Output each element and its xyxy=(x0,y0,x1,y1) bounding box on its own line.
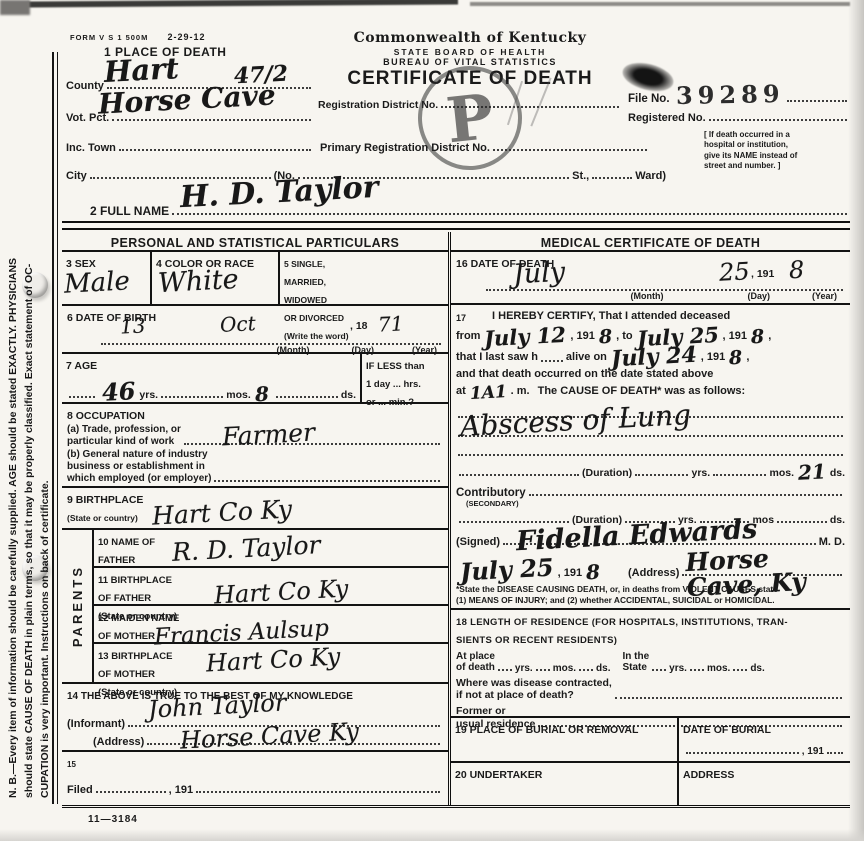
dotted-line xyxy=(787,98,847,102)
filed-year-label: , 191 xyxy=(169,784,193,796)
yrs-label: yrs. xyxy=(139,389,158,401)
sign-address-handwritten: Horse Cave, Ky xyxy=(685,542,846,600)
birthplace-handwritten: Hart Co Ky xyxy=(151,496,292,528)
age-field: 7 AGE 46 yrs. mos. 8 ds. xyxy=(62,354,360,402)
residence-label: 18 LENGTH OF RESIDENCE (FOR HOSPITALS, I… xyxy=(456,617,788,646)
dotted-line xyxy=(615,695,842,699)
attended-dates-line: from July 12 , 191 8 , to July 25 , 191 … xyxy=(456,326,845,344)
voting-precinct-field: Vot. Pct. Horse Cave xyxy=(66,112,314,124)
mother-birthplace-field: 13 BIRTHPLACE OF MOTHER (State or countr… xyxy=(94,644,448,682)
informant-label: (Informant) xyxy=(67,718,125,730)
contributory-label: Contributory xyxy=(456,487,526,499)
father-name-label: 10 NAME OF FATHER xyxy=(98,537,155,566)
to-label: , to xyxy=(616,329,633,344)
mos-label: mos. xyxy=(226,389,251,401)
scan-edge-bottom xyxy=(0,829,864,841)
undertaker-address-field: ADDRESS xyxy=(677,763,850,805)
sex-field: 3 SEX Male xyxy=(62,252,150,304)
dob-day-handwritten: 13 xyxy=(119,315,145,336)
year-sublabel: (Year) xyxy=(812,291,837,301)
age-years-handwritten: 46 xyxy=(101,379,136,405)
state-mos-label: mos. xyxy=(707,663,730,674)
scanned-death-certificate: N. B.—Every item of information should b… xyxy=(0,0,864,841)
margin-rule xyxy=(52,52,58,804)
sign-date-year-handwritten: 8 xyxy=(586,562,601,583)
date-of-birth-field: 6 DATE OF BIRTH 13 Oct , 18 71 (Month) (… xyxy=(62,306,448,354)
place-of-burial-label: 19 PLACE OF BURIAL OR REMOVAL xyxy=(455,724,638,736)
duration-label: (Duration) xyxy=(582,467,632,479)
date-of-burial-label: DATE OF BURIAL xyxy=(683,724,771,736)
age-label: 7 AGE xyxy=(66,360,97,372)
sign-date-handwritten: July 25 xyxy=(459,555,554,584)
duration-line: (Duration) yrs. mos. 21 ds. xyxy=(456,462,845,479)
dotted-line xyxy=(459,472,579,476)
occupation-label: 8 OCCUPATION xyxy=(67,410,145,422)
date-of-death-field: 16 DATE OF DEATH July 25 , 191 8 (Month)… xyxy=(451,252,850,305)
county-value-handwritten: Hart xyxy=(103,54,179,87)
signed-label: (Signed) xyxy=(456,536,500,548)
father-name-handwritten: R. D. Taylor xyxy=(171,532,321,565)
year-printed: , 191 xyxy=(570,329,594,344)
dob-year-printed: , 18 xyxy=(350,320,368,332)
form-code: FORM V S 1 500M 2-29-12 xyxy=(70,32,205,42)
file-no-field: File No. 39289 xyxy=(628,80,850,105)
dob-month-handwritten: Oct xyxy=(220,313,257,335)
sign-address-label: (Address) xyxy=(628,567,679,579)
dod-year-handwritten: 8 xyxy=(788,258,805,283)
marital-field: 5 SINGLE, MARRIED, WIDOWED OR DIVORCED (… xyxy=(278,252,448,304)
last-saw-label: that I last saw h xyxy=(456,350,538,365)
dotted-line xyxy=(777,519,827,523)
sex-handwritten: Male xyxy=(63,268,130,297)
registered-no-label: Registered No. xyxy=(628,112,706,124)
undertaker-address-label: ADDRESS xyxy=(683,769,734,781)
plate-number: 11—3184 xyxy=(88,814,850,825)
occupation-handwritten: Farmer xyxy=(221,420,315,450)
full-name-field: 2 FULL NAME H. D. Taylor xyxy=(62,192,850,218)
alive-on-label: alive on xyxy=(566,350,607,365)
undertaker-row: 20 UNDERTAKER ADDRESS xyxy=(451,763,850,805)
certify-lead: I HEREBY CERTIFY, That I attended deceas… xyxy=(492,309,730,324)
comma: , xyxy=(768,329,771,344)
commonwealth-title: Commonwealth of Kentucky xyxy=(318,30,622,46)
residence-duration-line: At place of death yrs. mos. ds. In the S… xyxy=(456,651,845,674)
duration-days-handwritten: 21 xyxy=(797,461,826,482)
color-race-handwritten: White xyxy=(157,266,239,297)
form-code-date: 2-29-12 xyxy=(167,32,205,42)
vot-pct-value-handwritten: Horse Cave xyxy=(97,81,276,118)
to-year-handwritten: 8 xyxy=(750,328,764,348)
dotted-line xyxy=(459,519,569,523)
attended-from-handwritten: July 12 xyxy=(484,324,567,349)
dob-year-handwritten: 71 xyxy=(377,313,403,334)
father-birthplace-handwritten: Hart Co Ky xyxy=(213,576,348,607)
dotted-line xyxy=(713,472,766,476)
certification-block: 17 I HEREBY CERTIFY, That I attended dec… xyxy=(451,305,850,609)
dod-day-handwritten: 25 xyxy=(718,259,750,285)
certificate-form: FORM V S 1 500M 2-29-12 1 PLACE OF DEATH… xyxy=(62,28,850,825)
color-race-field: 4 COLOR OR RACE White xyxy=(150,252,278,304)
res-yrs-label: yrs. xyxy=(515,663,533,674)
informant-block: 14 THE ABOVE IS TRUE TO THE BEST OF MY K… xyxy=(62,684,448,752)
year-printed: , 191 xyxy=(701,350,725,365)
city-st-label: St., xyxy=(572,170,589,182)
dotted-line xyxy=(69,394,95,398)
personal-column: PERSONAL AND STATISTICAL PARTICULARS 3 S… xyxy=(62,232,448,805)
parents-strip: PARENTS xyxy=(62,530,94,682)
from-year-handwritten: 8 xyxy=(598,328,612,348)
dotted-line xyxy=(196,789,440,793)
form-body: PERSONAL AND STATISTICAL PARTICULARS 3 S… xyxy=(62,232,850,808)
burial-year-label: , 191 xyxy=(802,746,824,757)
last-saw-year-handwritten: 8 xyxy=(729,349,743,369)
dod-month-handwritten: July xyxy=(512,259,565,289)
duration2-ds-label: ds. xyxy=(830,514,845,526)
undertaker-field: 20 UNDERTAKER xyxy=(451,763,677,805)
hospital-note: [ If death occurred in a hospital or ins… xyxy=(704,130,854,172)
dotted-line xyxy=(498,667,512,671)
margin-note: N. B.—Every item of information should b… xyxy=(6,42,53,798)
father-name-field: 10 NAME OF FATHER R. D. Taylor xyxy=(94,530,448,568)
inc-town-label: Inc. Town xyxy=(66,142,116,154)
mother-name-field: 12 MAIDEN NAME OF MOTHER Francis Aulsup xyxy=(94,606,448,644)
if-less-label: IF LESS than 1 day ... hrs. or ... min.? xyxy=(366,361,425,408)
city-ward-label: Ward) xyxy=(635,170,666,182)
dotted-line xyxy=(579,667,593,671)
death-occurred-label: and that death occurred on the date stat… xyxy=(456,367,713,382)
scan-edge-right xyxy=(848,0,864,841)
burial-row: 19 PLACE OF BURIAL OR REMOVAL DATE OF BU… xyxy=(451,718,850,764)
state-ds-label: ds. xyxy=(750,663,764,674)
dotted-line xyxy=(592,175,632,179)
dotted-line xyxy=(276,394,338,398)
registrar-label: REGISTRAR xyxy=(382,804,443,805)
scan-smudge-top-left xyxy=(28,0,458,8)
state-yrs-label: yrs. xyxy=(669,663,687,674)
m-label: . m. xyxy=(511,384,530,399)
medical-column: MEDICAL CERTIFICATE OF DEATH 16 DATE OF … xyxy=(448,232,850,805)
in-state-label: In the State xyxy=(623,651,650,674)
at-place-label: At place of death xyxy=(456,651,495,674)
dotted-line xyxy=(686,750,799,754)
informant-address-label: (Address) xyxy=(93,736,144,748)
filed-label: Filed xyxy=(67,784,93,796)
residence-block: 18 LENGTH OF RESIDENCE (FOR HOSPITALS, I… xyxy=(451,610,850,718)
parents-label: PARENTS xyxy=(70,565,85,647)
scan-corner-mark xyxy=(0,0,30,15)
dotted-line xyxy=(733,667,747,671)
sex-color-marital-row: 3 SEX Male 4 COLOR OR RACE White 5 SINGL… xyxy=(62,252,448,306)
registered-no-field: Registered No. xyxy=(628,112,850,124)
occupation-a-label: (a) Trade, profession, or particular kin… xyxy=(67,424,181,448)
res-mos-label: mos. xyxy=(553,663,576,674)
year-printed: , 191 xyxy=(723,329,747,344)
file-no-value: 39289 xyxy=(675,79,784,110)
medical-column-title: MEDICAL CERTIFICATE OF DEATH xyxy=(451,232,850,252)
filed-block: 15 Filed , 191 REGISTRAR xyxy=(62,752,448,805)
form-code-number: FORM V S 1 500M xyxy=(70,33,148,42)
duration-mos-label: mos. xyxy=(769,467,794,479)
dotted-line xyxy=(635,472,688,476)
full-name-label: 2 FULL NAME xyxy=(90,204,169,218)
dotted-line xyxy=(536,667,550,671)
res-ds-label: ds. xyxy=(596,663,610,674)
city-label: City xyxy=(66,170,87,182)
parents-block: PARENTS 10 NAME OF FATHER R. D. Taylor 1… xyxy=(62,530,448,684)
at-label: at xyxy=(456,384,466,399)
dotted-line xyxy=(690,667,704,671)
birthplace-label: 9 BIRTHPLACE xyxy=(67,494,143,506)
age-days-handwritten: 8 xyxy=(254,384,269,405)
duration-yrs-label: yrs. xyxy=(691,467,710,479)
dotted-line xyxy=(493,147,647,151)
age-row: 7 AGE 46 yrs. mos. 8 ds. xyxy=(62,354,448,404)
month-sublabel: (Month) xyxy=(630,291,663,301)
mother-birthplace-handwritten: Hart Co Ky xyxy=(205,644,340,675)
where-contracted-label: Where was disease contracted, if not at … xyxy=(456,677,612,702)
scan-smudge-top-right xyxy=(470,2,850,6)
where-contracted-line: Where was disease contracted, if not at … xyxy=(456,677,845,702)
contributory-line: Contributory xyxy=(456,487,845,499)
father-birthplace-field: 11 BIRTHPLACE OF FATHER (State or countr… xyxy=(94,568,448,606)
dotted-line xyxy=(161,394,223,398)
cause-lead-label: The CAUSE OF DEATH* was as follows: xyxy=(538,384,746,399)
inc-town-field: Inc. Town xyxy=(66,142,314,154)
if-less-field: IF LESS than 1 day ... hrs. or ... min.? xyxy=(360,354,448,402)
place-of-burial-field: 19 PLACE OF BURIAL OR REMOVAL xyxy=(451,718,677,762)
form-header: FORM V S 1 500M 2-29-12 1 PLACE OF DEATH… xyxy=(62,28,850,192)
dotted-line xyxy=(214,478,440,482)
file-no-label: File No. xyxy=(628,93,670,105)
p-stamp-letter: P xyxy=(443,79,497,156)
undertaker-label: 20 UNDERTAKER xyxy=(455,769,542,781)
year-printed: , 191 xyxy=(558,567,582,579)
comma: , xyxy=(746,350,749,365)
dod-sublabels: (Month) (Day) (Year) xyxy=(456,291,845,301)
from-label: from xyxy=(456,329,480,344)
occupation-b-label: (b) General nature of industry business … xyxy=(67,449,211,485)
informant-handwritten: John Taylor xyxy=(147,690,286,721)
state-country-sublabel: (State or country) xyxy=(67,513,138,523)
sign-date-address-line: July 25 , 191 8 (Address) Horse Cave, Ky xyxy=(456,558,845,579)
time-handwritten: 1A1 xyxy=(469,384,507,403)
dotted-line xyxy=(458,441,843,456)
cause-of-death-area: Abscess of Lung xyxy=(456,403,845,456)
dotted-line xyxy=(827,750,843,754)
ds-label: ds. xyxy=(341,389,356,401)
duration-ds-label: ds. xyxy=(830,467,845,479)
state-board-line: STATE BOARD OF HEALTH xyxy=(318,47,622,57)
sec15-label: 15 xyxy=(67,760,76,769)
personal-column-title: PERSONAL AND STATISTICAL PARTICULARS xyxy=(62,232,448,252)
dotted-line xyxy=(172,211,847,215)
sec17-number: 17 xyxy=(456,312,466,324)
dotted-line xyxy=(96,789,166,793)
dod-year-printed: , 191 xyxy=(751,268,774,280)
dotted-line xyxy=(119,147,311,151)
cause-lead-line: at 1A1 . m. The CAUSE OF DEATH* was as f… xyxy=(456,384,845,399)
secondary-sublabel: (SECONDARY) xyxy=(466,499,845,508)
dotted-line xyxy=(541,358,563,362)
last-saw-date-handwritten: July 24 xyxy=(610,344,697,370)
occupation-field: 8 OCCUPATION (a) Trade, profession, or p… xyxy=(62,404,448,488)
day-sublabel: (Day) xyxy=(747,291,770,301)
section-divider-rule xyxy=(62,221,850,230)
dotted-line xyxy=(529,492,842,496)
dotted-line xyxy=(652,667,666,671)
date-of-burial-field: DATE OF BURIAL , 191 xyxy=(677,718,850,762)
birthplace-field: 9 BIRTHPLACE (State or country) Hart Co … xyxy=(62,488,448,530)
dotted-line xyxy=(709,117,847,121)
full-name-handwritten: H. D. Taylor xyxy=(179,173,379,213)
